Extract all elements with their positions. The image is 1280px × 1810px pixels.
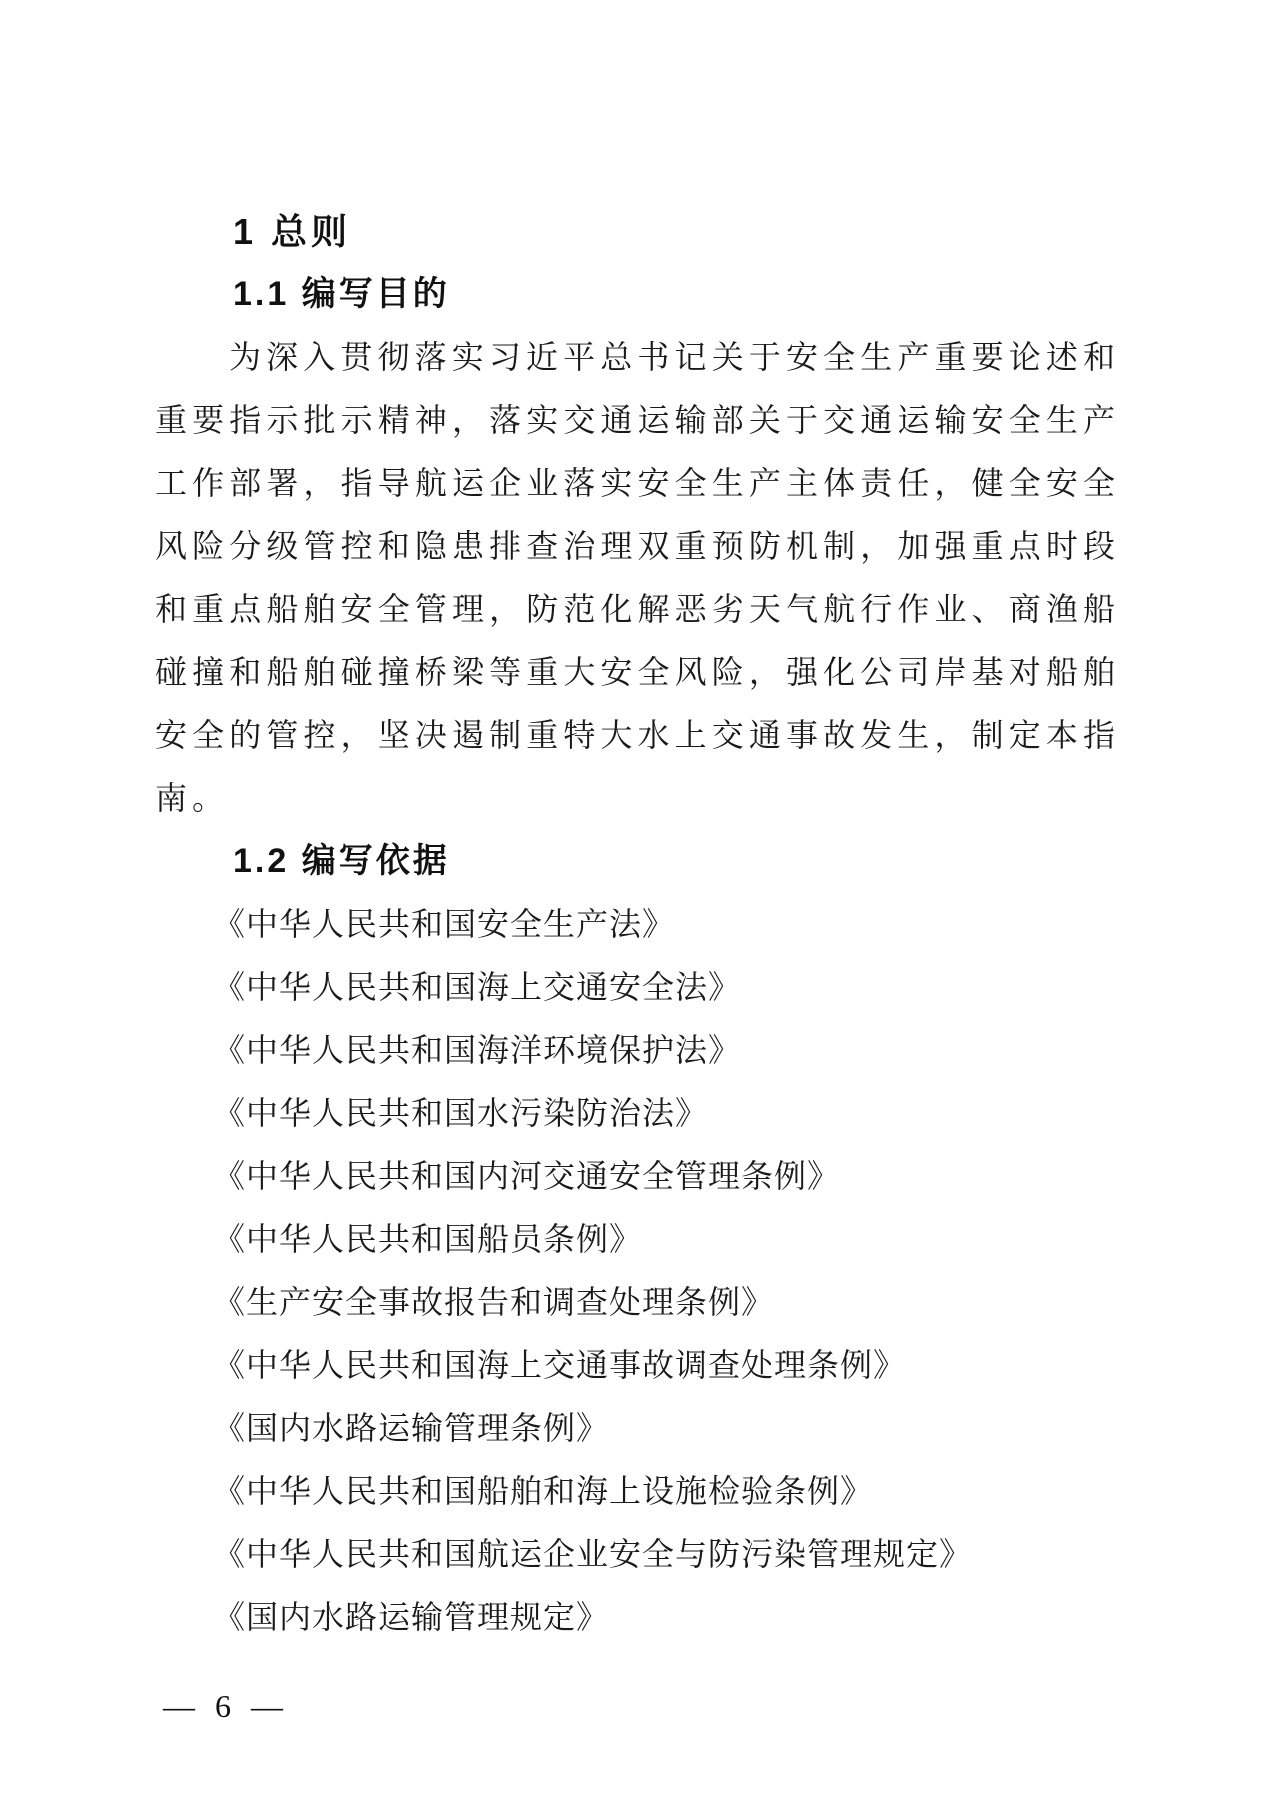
page-content: 1 总则 1.1 编写目的 为深入贯彻落实习近平总书记关于安全生产重要论述和重要… bbox=[0, 0, 1280, 1738]
reference-item: 《中华人民共和国内河交通安全管理条例》 bbox=[155, 1145, 1120, 1208]
document-page: 1 总则 1.1 编写目的 为深入贯彻落实习近平总书记关于安全生产重要论述和重要… bbox=[0, 0, 1280, 1810]
reference-item: 《中华人民共和国海上交通安全法》 bbox=[155, 956, 1120, 1019]
page-number: — 6 — bbox=[163, 1675, 1120, 1738]
reference-item: 《中华人民共和国船员条例》 bbox=[155, 1208, 1120, 1271]
purpose-paragraph: 为深入贯彻落实习近平总书记关于安全生产重要论述和重要指示批示精神，落实交通运输部… bbox=[155, 326, 1120, 830]
reference-item: 《国内水路运输管理规定》 bbox=[155, 1586, 1120, 1649]
subsection-heading-basis: 1.2 编写依据 bbox=[233, 830, 1120, 893]
subsection-heading-purpose: 1.1 编写目的 bbox=[233, 263, 1120, 326]
reference-item: 《国内水路运输管理条例》 bbox=[155, 1397, 1120, 1460]
reference-item: 《中华人民共和国安全生产法》 bbox=[155, 893, 1120, 956]
section-heading: 1 总则 bbox=[233, 200, 1120, 263]
reference-list: 《中华人民共和国安全生产法》《中华人民共和国海上交通安全法》《中华人民共和国海洋… bbox=[155, 893, 1120, 1649]
reference-item: 《中华人民共和国航运企业安全与防污染管理规定》 bbox=[155, 1523, 1120, 1586]
reference-item: 《生产安全事故报告和调查处理条例》 bbox=[155, 1271, 1120, 1334]
reference-item: 《中华人民共和国船舶和海上设施检验条例》 bbox=[155, 1460, 1120, 1523]
reference-item: 《中华人民共和国海洋环境保护法》 bbox=[155, 1019, 1120, 1082]
reference-item: 《中华人民共和国海上交通事故调查处理条例》 bbox=[155, 1334, 1120, 1397]
reference-item: 《中华人民共和国水污染防治法》 bbox=[155, 1082, 1120, 1145]
